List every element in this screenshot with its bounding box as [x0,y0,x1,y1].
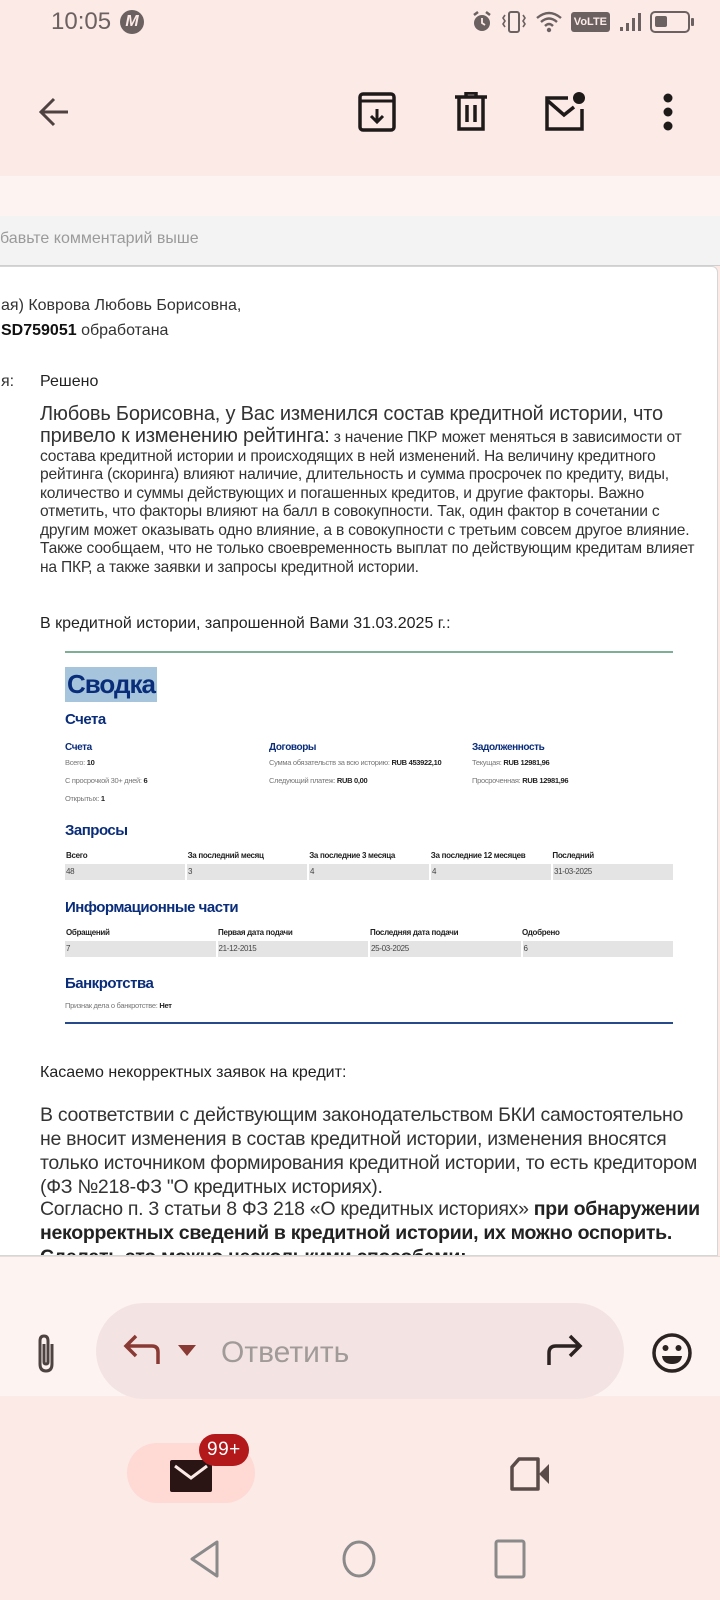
unread-count-badge: 99+ [199,1434,249,1466]
debt-current: Текущая: RUB 12981,96 [472,758,549,767]
greeting: ая) Коврова Любовь Борисовна, [1,297,241,315]
delete-icon [454,92,488,132]
table-cell: 48 [65,864,187,880]
accounts-overdue: С просрочкой 30+ дней: 6 [65,776,147,785]
col-accounts-heading: Счета [65,742,92,753]
table-cell: 3 [187,864,309,880]
comment-hint: бавьте комментарий выше [0,230,199,248]
reply-field[interactable]: Ответить [96,1303,624,1399]
col-debt-heading: Задолженность [472,742,544,753]
table-cell: 4 [431,864,553,880]
system-back-icon[interactable] [188,1539,222,1579]
contracts-next-payment: Следующий платеж: RUB 0,00 [269,776,367,785]
table-cell: 7 [65,941,218,957]
archive-icon [358,92,396,132]
rating-body: з начение ПКР может меняться в зависимос… [40,429,694,576]
comment-bar[interactable]: бавьте комментарий выше [0,216,720,266]
paperclip-icon [33,1332,59,1374]
reply-icon[interactable] [123,1334,161,1366]
table-cell: 31-03-2025 [553,864,673,880]
back-button[interactable] [26,84,82,140]
report-top-divider [65,651,673,653]
header-cell: Одобрено [521,925,673,941]
signal-icon [618,11,642,33]
accounts-open: Открытых: 1 [65,794,105,803]
status-value: Решено [40,373,98,391]
requests-header-row: Всего За последний месяц За последние 3 … [65,848,673,864]
accounts-total: Всего: 10 [65,758,94,767]
col-contracts-heading: Договоры [269,742,316,753]
law-paragraph: В соответствии с действующим законодател… [40,1103,700,1199]
mail-icon [170,1460,212,1492]
ticket-suffix: обработана [77,322,169,339]
battery-icon [650,11,690,33]
debt-overdue: Просроченная: RUB 12981,96 [472,776,568,785]
bottom-navigation: 99+ [0,1424,720,1524]
emoji-button[interactable] [644,1325,700,1381]
forward-icon[interactable] [546,1333,584,1367]
delete-button[interactable] [443,84,499,140]
arrow-left-icon [36,94,72,130]
info-header-row: Обращений Первая дата подачи Последняя д… [65,925,673,941]
report-bottom-divider [65,1022,673,1024]
wifi-icon [535,9,563,35]
info-parts-heading: Информационные части [65,899,238,916]
status-time: 10:05 [51,8,111,36]
attach-button[interactable] [18,1325,74,1381]
table-row: 48 3 4 4 31-03-2025 [65,864,673,880]
system-home-icon[interactable] [341,1539,377,1579]
status-bar: 10:05 M VoLTE [0,0,720,48]
dispute-paragraph: Согласно п. 3 статьи 8 ФЗ 218 «О кредитн… [40,1197,700,1256]
header-cell: Первая дата подачи [217,925,369,941]
accounts-heading: Счета [65,711,106,728]
reply-options-dropdown[interactable] [178,1345,196,1356]
table-cell: 6 [523,941,674,957]
system-navigation [0,1524,720,1600]
header-cell: Всего [65,848,187,864]
app-notification-icon: M [120,10,144,34]
nav-meet[interactable] [498,1442,562,1506]
archive-button[interactable] [349,84,405,140]
system-recents-icon[interactable] [494,1539,526,1579]
table-cell: 25-03-2025 [370,941,523,957]
contracts-total: Сумма обязательств за всю историю: RUB 4… [269,758,441,767]
more-vert-icon [662,93,674,131]
email-body: ая) Коврова Любовь Борисовна, SD759051 о… [0,266,718,1256]
mark-unread-button[interactable] [537,84,593,140]
requests-table: Всего За последний месяц За последние 3 … [65,848,673,880]
bankruptcy-heading: Банкротства [65,975,153,992]
header-cell: За последний месяц [187,848,309,864]
requests-heading: Запросы [65,822,128,839]
status-label: я: [1,373,14,391]
mark-unread-icon [544,91,586,133]
ticket-id: SD759051 [1,322,77,339]
more-options-button[interactable] [640,84,696,140]
header-cell: За последние 12 месяцев [430,848,552,864]
ticket-line: SD759051 обработана [1,322,168,340]
video-icon [509,1457,551,1491]
emoji-icon [651,1332,693,1374]
history-date-line: В кредитной истории, запрошенной Вами 31… [40,615,451,633]
table-cell: 21-12-2015 [218,941,371,957]
credit-report-summary: Сводка Счета Счета Всего: 10 С просрочко… [65,651,673,1031]
header-cell: Последний [551,848,673,864]
header-cell: За последние 3 месяца [308,848,430,864]
report-title: Сводка [65,667,157,702]
status-icons: VoLTE [471,8,690,36]
vibrate-icon [501,9,527,35]
info-parts-table: Обращений Первая дата подачи Последняя д… [65,925,673,957]
table-row: 7 21-12-2015 25-03-2025 6 [65,941,673,957]
content-spacer [0,176,720,216]
volte-icon: VoLTE [571,12,610,32]
email-screen: 10:05 M VoLTE [0,0,720,1600]
incorrect-applications-heading: Касаемо некорректных заявок на кредит: [40,1064,346,1082]
header-cell: Обращений [65,925,217,941]
reply-placeholder[interactable]: Ответить [221,1336,349,1370]
rating-explanation: Любовь Борисовна, у Вас изменился состав… [40,403,700,577]
table-cell: 4 [309,864,431,880]
bankruptcy-flag: Признак дела о банкротстве: Нет [65,1001,172,1010]
top-app-bar [0,60,720,176]
alarm-icon [471,10,493,34]
header-cell: Последняя дата подачи [369,925,521,941]
